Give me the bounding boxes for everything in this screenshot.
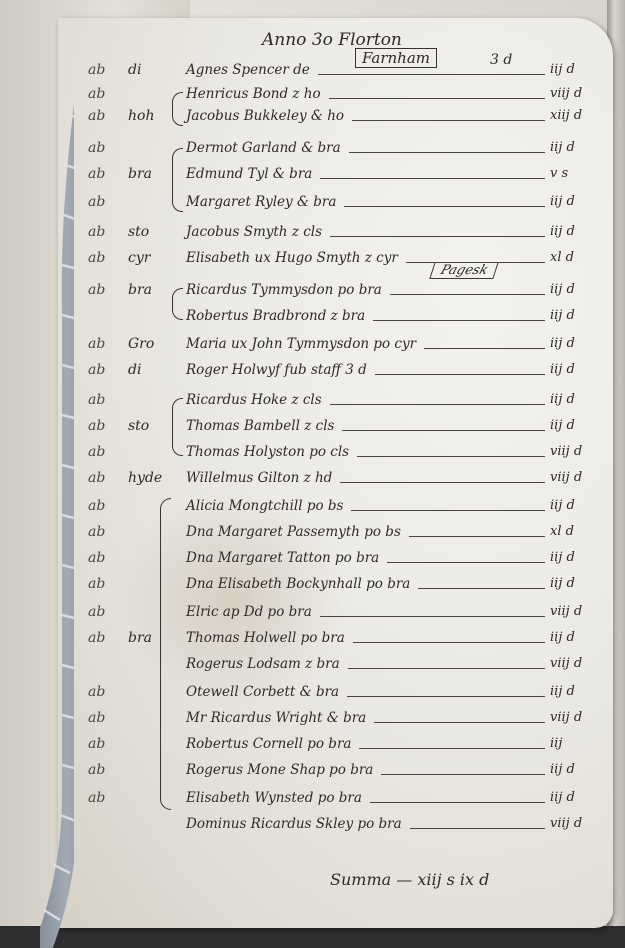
entry-status: & bra xyxy=(273,166,312,182)
leader-rule xyxy=(342,430,545,431)
leader-rule xyxy=(375,374,545,375)
person-name: Agnes Spencer de xyxy=(186,62,310,78)
entry-name: Dermot Garland & bra xyxy=(186,140,341,156)
entry-name: Margaret Ryley & bra xyxy=(186,194,336,210)
leader-rule xyxy=(359,748,545,749)
person-name: Jacobus Bukkeley xyxy=(186,108,307,124)
entry-amount: viij d xyxy=(550,816,582,831)
margin-mark: ab xyxy=(88,498,105,514)
entry-name: Roger Holwyf fub staff 3 d xyxy=(186,362,367,378)
register-entry: ab Elric ap Dd po bra viij d xyxy=(0,604,625,626)
margin-mark: ab xyxy=(88,710,105,726)
register-entry: ab cyr Elisabeth ux Hugo Smyth z cyr xl … xyxy=(0,250,625,272)
entry-name: Rogerus Mone Shap po bra xyxy=(186,762,373,778)
parish-abbrev: bra xyxy=(128,630,152,646)
margin-mark: ab xyxy=(88,790,105,806)
margin-mark: ab xyxy=(88,108,105,124)
parish-abbrev: hoh xyxy=(128,108,154,124)
register-entry: ab Rogerus Mone Shap po bra iij d xyxy=(0,762,625,784)
person-name: Dermot Garland xyxy=(186,140,297,156)
entry-status: & bra xyxy=(297,194,336,210)
register-entry: ab Henricus Bond z ho viij d xyxy=(0,86,625,108)
leader-rule xyxy=(353,642,545,643)
register-entry: Robertus Bradbrond z bra iij d xyxy=(0,308,625,330)
entry-amount: iij d xyxy=(550,418,575,433)
entry-status: po bra xyxy=(335,550,379,566)
entry-name: Mr Ricardus Wright & bra xyxy=(186,710,366,726)
entry-status: po cls xyxy=(309,444,349,460)
margin-mark: ab xyxy=(88,62,105,78)
entry-name: Jacobus Smyth z cls xyxy=(186,224,322,240)
entry-status: po bra xyxy=(357,816,401,832)
person-name: Dna Margaret Passemyth xyxy=(186,524,360,540)
register-entry: ab hyde Willelmus Gilton z hd viij d xyxy=(0,470,625,492)
margin-mark: ab xyxy=(88,166,105,182)
register-entry: ab Mr Ricardus Wright & bra viij d xyxy=(0,710,625,732)
person-name: Rogerus Lodsam xyxy=(186,656,301,672)
person-name: Ricardus Hoke xyxy=(186,392,287,408)
margin-mark: ab xyxy=(88,576,105,592)
entry-status: po bs xyxy=(307,498,344,514)
register-entry: ab Margaret Ryley & bra iij d xyxy=(0,194,625,216)
leader-rule xyxy=(374,722,545,723)
leader-rule xyxy=(351,510,545,511)
person-name: Alicia Mongtchill xyxy=(186,498,303,514)
register-entry: ab hoh Jacobus Bukkeley & ho xiij d xyxy=(0,108,625,130)
entry-name: Rogerus Lodsam z bra xyxy=(186,656,340,672)
entry-amount: iij d xyxy=(550,392,575,407)
person-name: Dna Margaret Tatton xyxy=(186,550,331,566)
margin-mark: ab xyxy=(88,630,105,646)
register-entry: ab Dna Margaret Passemyth po bs xl d xyxy=(0,524,625,546)
person-name: Maria ux John Tymmysdon xyxy=(186,336,369,352)
page-total: Summa — xiij s ix d xyxy=(330,870,489,889)
leader-rule xyxy=(357,456,545,457)
parish-abbrev: bra xyxy=(128,282,152,298)
person-name: Willelmus Gilton xyxy=(186,470,299,486)
person-name: Thomas Holwell xyxy=(186,630,296,646)
register-entry: Rogerus Lodsam z bra viij d xyxy=(0,656,625,678)
entry-amount: viij d xyxy=(550,604,582,619)
entry-status: 3 d xyxy=(345,362,367,378)
entry-name: Willelmus Gilton z hd xyxy=(186,470,332,486)
margin-mark: ab xyxy=(88,736,105,752)
entry-name: Ricardus Hoke z cls xyxy=(186,392,322,408)
person-name: Jacobus Smyth xyxy=(186,224,288,240)
register-entry: ab Robertus Cornell po bra iij xyxy=(0,736,625,758)
margin-mark: ab xyxy=(88,336,105,352)
entry-status: & bra xyxy=(301,140,340,156)
leader-rule xyxy=(409,536,545,537)
leader-rule xyxy=(406,262,545,263)
leader-rule xyxy=(330,404,545,405)
person-name: Ricardus Tymmysdon xyxy=(186,282,333,298)
register-entry: ab Alicia Mongtchill po bs iij d xyxy=(0,498,625,520)
margin-mark: ab xyxy=(88,684,105,700)
person-name: Mr Ricardus Wright xyxy=(186,710,322,726)
person-name: Edmund Tyl xyxy=(186,166,269,182)
leader-rule xyxy=(352,120,545,121)
register-entry: ab Dna Elisabeth Bockynhall po bra iij d xyxy=(0,576,625,598)
person-name: Thomas Holyston xyxy=(186,444,305,460)
entry-status: z hd xyxy=(304,470,333,486)
leader-rule xyxy=(418,588,545,589)
leader-rule xyxy=(381,774,545,775)
register-entry: ab di Roger Holwyf fub staff 3 d iij d xyxy=(0,362,625,384)
entry-status: z cls xyxy=(291,392,321,408)
margin-mark: ab xyxy=(88,762,105,778)
person-name: Thomas Bambell xyxy=(186,418,300,434)
margin-mark: ab xyxy=(88,86,105,102)
entry-amount: iij d xyxy=(550,550,575,565)
margin-mark: ab xyxy=(88,282,105,298)
entry-status: po bs xyxy=(364,524,401,540)
entry-name: Robertus Cornell po bra xyxy=(186,736,351,752)
entry-amount: iij d xyxy=(550,62,575,77)
person-name: Dna Elisabeth Bockynhall xyxy=(186,576,362,592)
entry-status: po bra xyxy=(268,604,312,620)
register-entry: ab bra Ricardus Tymmysdon po bra iij d xyxy=(0,282,625,304)
margin-mark: ab xyxy=(88,524,105,540)
entry-amount: iij d xyxy=(550,224,575,239)
entry-amount: iij d xyxy=(550,576,575,591)
person-name: Otewell Corbett xyxy=(186,684,295,700)
person-name: Robertus Cornell xyxy=(186,736,303,752)
person-name: Dominus Ricardus Skley xyxy=(186,816,353,832)
entry-status: z bra xyxy=(331,308,366,324)
register-entry: ab Otewell Corbett & bra iij d xyxy=(0,684,625,706)
entry-status: z ho xyxy=(292,86,320,102)
leader-rule xyxy=(370,802,545,803)
register-entry: ab Elisabeth Wynsted po bra iij d xyxy=(0,790,625,812)
entry-amount: xl d xyxy=(550,524,574,539)
entry-status: po bra xyxy=(318,790,362,806)
entry-status: z cls xyxy=(304,418,334,434)
entry-status: po bra xyxy=(301,630,345,646)
person-name: Roger Holwyf fub staff xyxy=(186,362,341,378)
leader-rule xyxy=(340,482,545,483)
parish-abbrev: di xyxy=(128,362,141,378)
register-entry: ab bra Edmund Tyl & bra v s xyxy=(0,166,625,188)
entry-name: Dominus Ricardus Skley po bra xyxy=(186,816,402,832)
entry-amount: viij d xyxy=(550,656,582,671)
entry-status: z bra xyxy=(305,656,340,672)
margin-mark: ab xyxy=(88,224,105,240)
entry-name: Henricus Bond z ho xyxy=(186,86,321,102)
entry-amount: viij d xyxy=(550,470,582,485)
entry-amount: xiij d xyxy=(550,108,582,123)
entry-name: Robertus Bradbrond z bra xyxy=(186,308,365,324)
register-entry: ab sto Thomas Bambell z cls iij d xyxy=(0,418,625,440)
margin-mark: ab xyxy=(88,470,105,486)
entry-status: po bra xyxy=(366,576,410,592)
person-name: Robertus Bradbrond xyxy=(186,308,326,324)
entry-status: & bra xyxy=(300,684,339,700)
entry-amount: iij d xyxy=(550,762,575,777)
register-entry: ab Gro Maria ux John Tymmysdon po cyr ii… xyxy=(0,336,625,358)
person-name: Margaret Ryley xyxy=(186,194,293,210)
person-name: Elric ap Dd xyxy=(186,604,263,620)
margin-mark: ab xyxy=(88,250,105,266)
entry-name: Alicia Mongtchill po bs xyxy=(186,498,343,514)
parish-abbrev: di xyxy=(128,62,141,78)
entry-status: & ho xyxy=(311,108,344,124)
entry-name: Edmund Tyl & bra xyxy=(186,166,312,182)
register-entry: ab di Agnes Spencer de iij d xyxy=(0,62,625,84)
parish-abbrev: sto xyxy=(128,224,149,240)
parish-abbrev: Gro xyxy=(128,336,154,352)
person-name: Rogerus Mone Shap xyxy=(186,762,325,778)
entry-amount: viij d xyxy=(550,710,582,725)
table-surface xyxy=(0,926,625,948)
leader-rule xyxy=(329,98,545,99)
register-entry: ab Dermot Garland & bra iij d xyxy=(0,140,625,162)
entry-name: Maria ux John Tymmysdon po cyr xyxy=(186,336,416,352)
margin-mark: ab xyxy=(88,550,105,566)
margin-mark: ab xyxy=(88,362,105,378)
margin-mark: ab xyxy=(88,444,105,460)
parish-abbrev: hyde xyxy=(128,470,162,486)
margin-mark: ab xyxy=(88,418,105,434)
person-name: Henricus Bond xyxy=(186,86,288,102)
register-entry: ab bra Thomas Holwell po bra iij d xyxy=(0,630,625,652)
entry-amount: viij d xyxy=(550,444,582,459)
entry-amount: iij d xyxy=(550,630,575,645)
entry-name: Thomas Holwell po bra xyxy=(186,630,345,646)
parish-abbrev: cyr xyxy=(128,250,150,266)
entry-name: Dna Margaret Passemyth po bs xyxy=(186,524,401,540)
page-heading: Anno 3o Florton xyxy=(262,30,402,50)
register-entry: ab sto Jacobus Smyth z cls iij d xyxy=(0,224,625,246)
leader-rule xyxy=(347,696,545,697)
parish-abbrev: sto xyxy=(128,418,149,434)
entry-amount: iij d xyxy=(550,140,575,155)
register-entry: Dominus Ricardus Skley po bra viij d xyxy=(0,816,625,838)
entry-name: Jacobus Bukkeley & ho xyxy=(186,108,344,124)
person-name: Elisabeth Wynsted xyxy=(186,790,313,806)
entry-name: Otewell Corbett & bra xyxy=(186,684,339,700)
entry-name: Elric ap Dd po bra xyxy=(186,604,312,620)
entry-name: Elisabeth Wynsted po bra xyxy=(186,790,362,806)
entry-name: Thomas Holyston po cls xyxy=(186,444,349,460)
margin-mark: ab xyxy=(88,392,105,408)
entry-amount: iij d xyxy=(550,308,575,323)
margin-mark: ab xyxy=(88,604,105,620)
leader-rule xyxy=(390,294,545,295)
entry-amount: iij d xyxy=(550,790,575,805)
entry-name: Agnes Spencer de xyxy=(186,62,310,78)
leader-rule xyxy=(387,562,545,563)
entry-status: po bra xyxy=(307,736,351,752)
leader-rule xyxy=(320,178,545,179)
leader-rule xyxy=(344,206,545,207)
entry-amount: iij d xyxy=(550,362,575,377)
entry-amount: iij d xyxy=(550,336,575,351)
entry-status: z cyr xyxy=(365,250,398,266)
leader-rule xyxy=(373,320,545,321)
leader-rule xyxy=(330,236,545,237)
parish-abbrev: bra xyxy=(128,166,152,182)
entry-amount: iij xyxy=(550,736,562,751)
margin-mark: ab xyxy=(88,140,105,156)
entry-name: Ricardus Tymmysdon po bra xyxy=(186,282,382,298)
register-entry: ab Thomas Holyston po cls viij d xyxy=(0,444,625,466)
entry-status: po bra xyxy=(338,282,382,298)
entry-name: Dna Margaret Tatton po bra xyxy=(186,550,379,566)
entry-amount: viij d xyxy=(550,86,582,101)
entry-amount: xl d xyxy=(550,250,574,265)
entry-amount: iij d xyxy=(550,498,575,513)
leader-rule xyxy=(424,348,545,349)
register-entry: ab Dna Margaret Tatton po bra iij d xyxy=(0,550,625,572)
person-name: Elisabeth ux Hugo Smyth xyxy=(186,250,360,266)
entry-status: po cyr xyxy=(373,336,416,352)
leader-rule xyxy=(318,74,545,75)
leader-rule xyxy=(348,668,545,669)
entry-amount: iij d xyxy=(550,194,575,209)
leader-rule xyxy=(349,152,545,153)
margin-mark: ab xyxy=(88,194,105,210)
register-entry: ab Ricardus Hoke z cls iij d xyxy=(0,392,625,414)
leader-rule xyxy=(320,616,545,617)
entry-status: po bra xyxy=(329,762,373,778)
entry-amount: iij d xyxy=(550,684,575,699)
entry-amount: v s xyxy=(550,166,568,181)
entry-status: & bra xyxy=(327,710,366,726)
leader-rule xyxy=(410,828,545,829)
entry-name: Thomas Bambell z cls xyxy=(186,418,334,434)
entry-amount: iij d xyxy=(550,282,575,297)
entry-name: Dna Elisabeth Bockynhall po bra xyxy=(186,576,410,592)
entry-name: Elisabeth ux Hugo Smyth z cyr xyxy=(186,250,398,266)
entry-status: z cls xyxy=(292,224,322,240)
